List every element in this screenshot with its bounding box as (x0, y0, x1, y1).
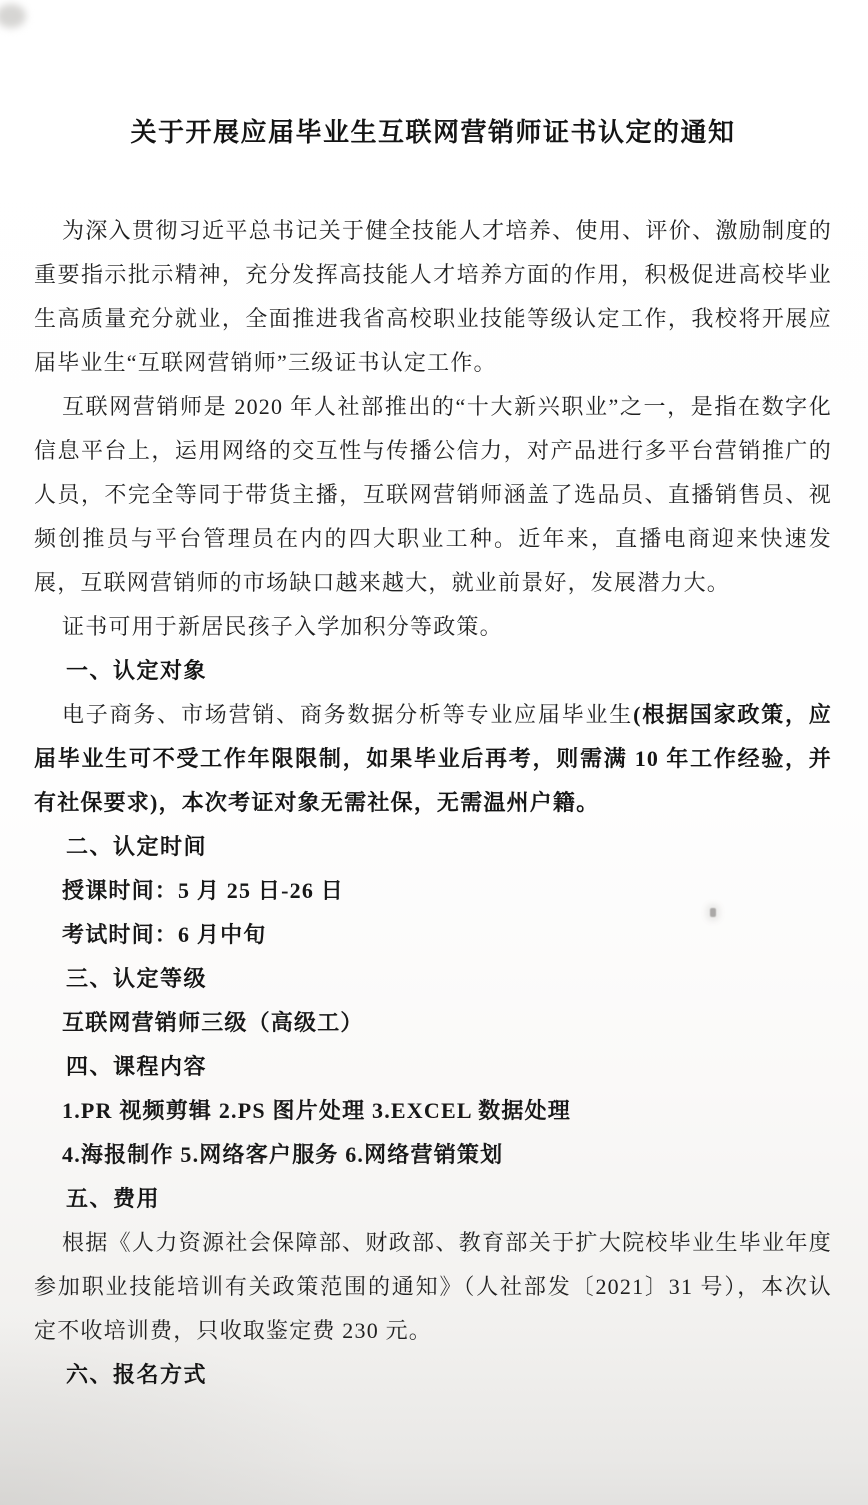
intro-paragraph-2: 互联网营销师是 2020 年人社部推出的“十大新兴职业”之一，是指在数字化信息平… (34, 385, 832, 605)
section-heading-level: 三、认定等级 (34, 957, 832, 1001)
document-page: 关于开展应届毕业生互联网营销师证书认定的通知 为深入贯彻习近平总书记关于健全技能… (0, 0, 868, 1505)
class-time-line: 授课时间：5 月 25 日-26 日 (34, 869, 832, 913)
section-heading-time: 二、认定时间 (34, 825, 832, 869)
section-targets-body-normal: 电子商务、市场营销、商务数据分析等专业应届毕业生 (62, 702, 633, 727)
intro-paragraph-3: 证书可用于新居民孩子入学加积分等政策。 (34, 605, 832, 649)
intro-paragraph-1: 为深入贯彻习近平总书记关于健全技能人才培养、使用、评价、激励制度的重要指示批示精… (34, 209, 832, 385)
section-fee-body: 根据《人力资源社会保障部、财政部、教育部关于扩大院校毕业生毕业年度参加职业技能培… (34, 1221, 832, 1353)
course-line-1: 1.PR 视频剪辑 2.PS 图片处理 3.EXCEL 数据处理 (34, 1089, 832, 1133)
document-title: 关于开展应届毕业生互联网营销师证书认定的通知 (34, 110, 832, 156)
section-heading-course: 四、课程内容 (34, 1045, 832, 1089)
section-heading-registration: 六、报名方式 (34, 1353, 832, 1397)
exam-time-line: 考试时间：6 月中旬 (34, 913, 832, 957)
section-targets-body: 电子商务、市场营销、商务数据分析等专业应届毕业生(根据国家政策，应届毕业生可不受… (34, 693, 832, 825)
scan-artifact-top-left (0, 4, 26, 28)
course-line-2: 4.海报制作 5.网络客户服务 6.网络营销策划 (34, 1133, 832, 1177)
section-heading-fee: 五、费用 (34, 1177, 832, 1221)
certification-level-line: 互联网营销师三级（高级工） (34, 1001, 832, 1045)
section-heading-targets: 一、认定对象 (34, 649, 832, 693)
scan-artifact-dot (710, 908, 716, 917)
